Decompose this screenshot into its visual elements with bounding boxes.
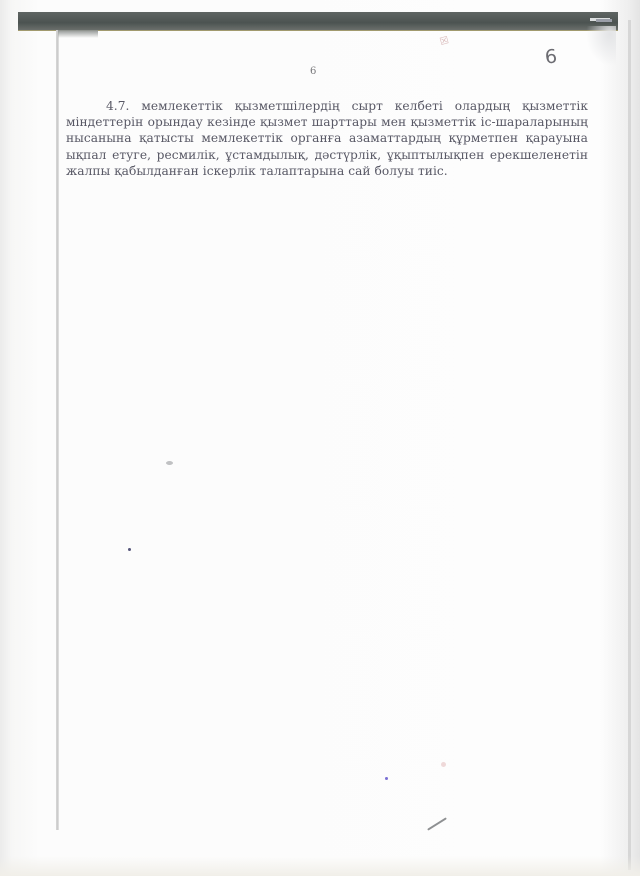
scan-speck: [441, 762, 446, 767]
scanned-page: ☒ 6 6 4.7. мемлекеттік қызметшілердің сы…: [0, 0, 640, 876]
paragraph-line: 4.7. мемлекеттік қызметшілердің сырт кел…: [66, 98, 588, 114]
paragraph-line: ықпал етуге, ресмилік, ұстамдылық, дәстү…: [66, 147, 588, 163]
page-fold-shadow: [58, 30, 98, 38]
paragraph-line: нысанына қатысты мемлекеттік органға аза…: [66, 130, 588, 146]
scan-speck: [128, 548, 131, 551]
page-number: 6: [310, 66, 316, 77]
scanner-edge-strip: [18, 12, 618, 31]
bottom-scan-haze: [0, 856, 640, 876]
scanner-edge-tail: [596, 19, 612, 22]
page-corner-shadow: [586, 26, 616, 66]
binding-line: [56, 30, 59, 830]
handwritten-page-number: 6: [544, 45, 558, 68]
scan-speck: [166, 461, 173, 465]
scan-speck: [385, 777, 388, 780]
paragraph-line: жалпы қабылданған іскерлік талаптарына с…: [66, 163, 588, 179]
paragraph-line: міндеттерін орындау кезінде қызмет шартт…: [66, 114, 588, 130]
page-right-edge: [628, 20, 631, 870]
stamp-mark: ☒: [439, 35, 451, 48]
paragraph-4-7: 4.7. мемлекеттік қызметшілердің сырт кел…: [66, 98, 588, 179]
pen-mark: [427, 817, 447, 830]
